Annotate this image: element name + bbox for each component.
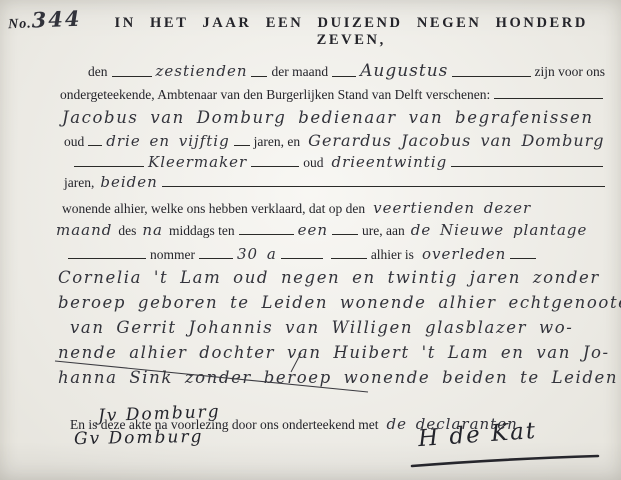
age2-handwritten: drieentwintig [331,153,447,171]
signature-declarant1: Jv Domburg [98,402,221,426]
death-day-handwritten: veertienden dezer [373,199,531,217]
overleden-handwritten: overleden [422,245,506,263]
date-line-suffix: zijn voor ons [535,64,606,80]
deceased-line-3: van Gerrit Johannis van Willigen glasbla… [70,318,607,337]
blank-rule [332,72,356,77]
deceased-line-3-text: van Gerrit Johannis van Willigen glasbla… [70,318,573,337]
number-line: nommer 30 a alhier is overleden [64,245,607,263]
deceased-line-1: Cornelia 't Lam oud negen en twintig jar… [58,268,607,287]
blank-rule [331,254,367,259]
blank-rule [112,72,152,77]
record-number-value: 344 [31,6,82,33]
time-line-des: des [118,223,136,239]
deceased-paragraph: Cornelia 't Lam oud negen en twintig jar… [58,268,607,387]
blank-rule [74,162,144,167]
declarant2-handwritten: Gerardus Jacobus van Domburg [308,131,604,150]
time-line-middags: middags ten [169,223,235,239]
record-number-label: No. [8,16,32,32]
official-line-text: ondergeteekende, Ambtenaar van den Burge… [60,87,490,103]
blank-rule [234,141,250,146]
blank-rule [494,94,603,99]
signature-underline-flourish [412,456,598,466]
signature-declarant2: Gv Domburg [74,427,204,449]
death-certificate-scan: No.344 IN HET JAAR EEN DUIZEND NEGEN HON… [0,0,621,480]
occupation-line: Kleermaker oud drieentwintig [70,153,607,171]
age-line-jaren-en: jaren, en [254,134,300,150]
beiden-handwritten: beiden [100,173,157,191]
occupation-line-oud: oud [303,155,323,171]
time-line: maand des na middags ten een ure, aan de… [56,221,607,239]
age-line-oud: oud [64,134,84,150]
blank-rule [510,254,536,259]
hour-handwritten: een [298,221,328,239]
declaration-line: wonende alhier, welke ons hebben verklaa… [62,199,607,217]
deceased-line-4: nende alhier dochter van Huibert 't Lam … [58,343,607,362]
blank-rule [251,72,267,77]
header: No.344 IN HET JAAR EEN DUIZEND NEGEN HON… [0,0,621,49]
date-line-day-handwritten: zestienden [156,62,248,80]
age1-handwritten: drie en vijftig [106,132,229,150]
deceased-line-2: beroep geboren te Leiden wonende alhier … [58,293,607,312]
declarant1-handwritten: Jacobus van Domburg bedienaar van begraf… [62,108,594,127]
time-line-ure: ure, aan [362,223,405,239]
official-line: ondergeteekende, Ambtenaar van den Burge… [60,87,607,103]
occupation2-handwritten: Kleermaker [148,153,247,171]
blank-rule [251,162,299,167]
blank-rule [239,230,294,235]
maand-handwritten: maand [56,221,112,239]
declaration-printed: wonende alhier, welke ons hebben verklaa… [62,201,365,217]
number-line-nommer: nommer [150,247,195,263]
deceased-line-1-text: Cornelia 't Lam oud negen en twintig jar… [58,268,600,287]
deceased-line-2-text: beroep geboren te Leiden wonende alhier … [58,293,621,312]
blank-rule [281,254,323,259]
deceased-line-4-text: nende alhier dochter van Huibert 't Lam … [58,343,610,362]
declarant1-line: Jacobus van Domburg bedienaar van begraf… [62,108,607,127]
place-handwritten: de Nieuwe plantage [411,221,588,239]
deceased-line-5-text: hanna Sink zonder beroep wonende beiden … [58,368,618,387]
na-handwritten: na [142,221,163,239]
years-line: jaren, beiden [64,173,609,191]
blank-rule [199,254,233,259]
blank-rule [162,182,605,187]
years-line-jaren: jaren, [64,175,94,191]
record-number: No.344 [8,6,82,34]
age-line: oud drie en vijftig jaren, en Gerardus J… [64,131,607,150]
page-title: IN HET JAAR EEN DUIZEND NEGEN HONDERD ZE… [95,15,607,49]
date-line-der-maand: der maand [271,64,328,80]
date-line-month-handwritten: Augustus [360,61,448,81]
blank-rule [332,230,358,235]
blank-rule [68,254,146,259]
house-number-handwritten: 30 a [237,245,277,263]
blank-rule [452,72,530,77]
date-line-den: den [88,64,108,80]
number-line-alhier: alhier is [371,247,414,263]
blank-rule [88,141,102,146]
deceased-line-5: hanna Sink zonder beroep wonende beiden … [58,368,607,387]
date-line: den zestienden der maand Augustus zijn v… [88,61,605,81]
blank-rule [451,162,603,167]
